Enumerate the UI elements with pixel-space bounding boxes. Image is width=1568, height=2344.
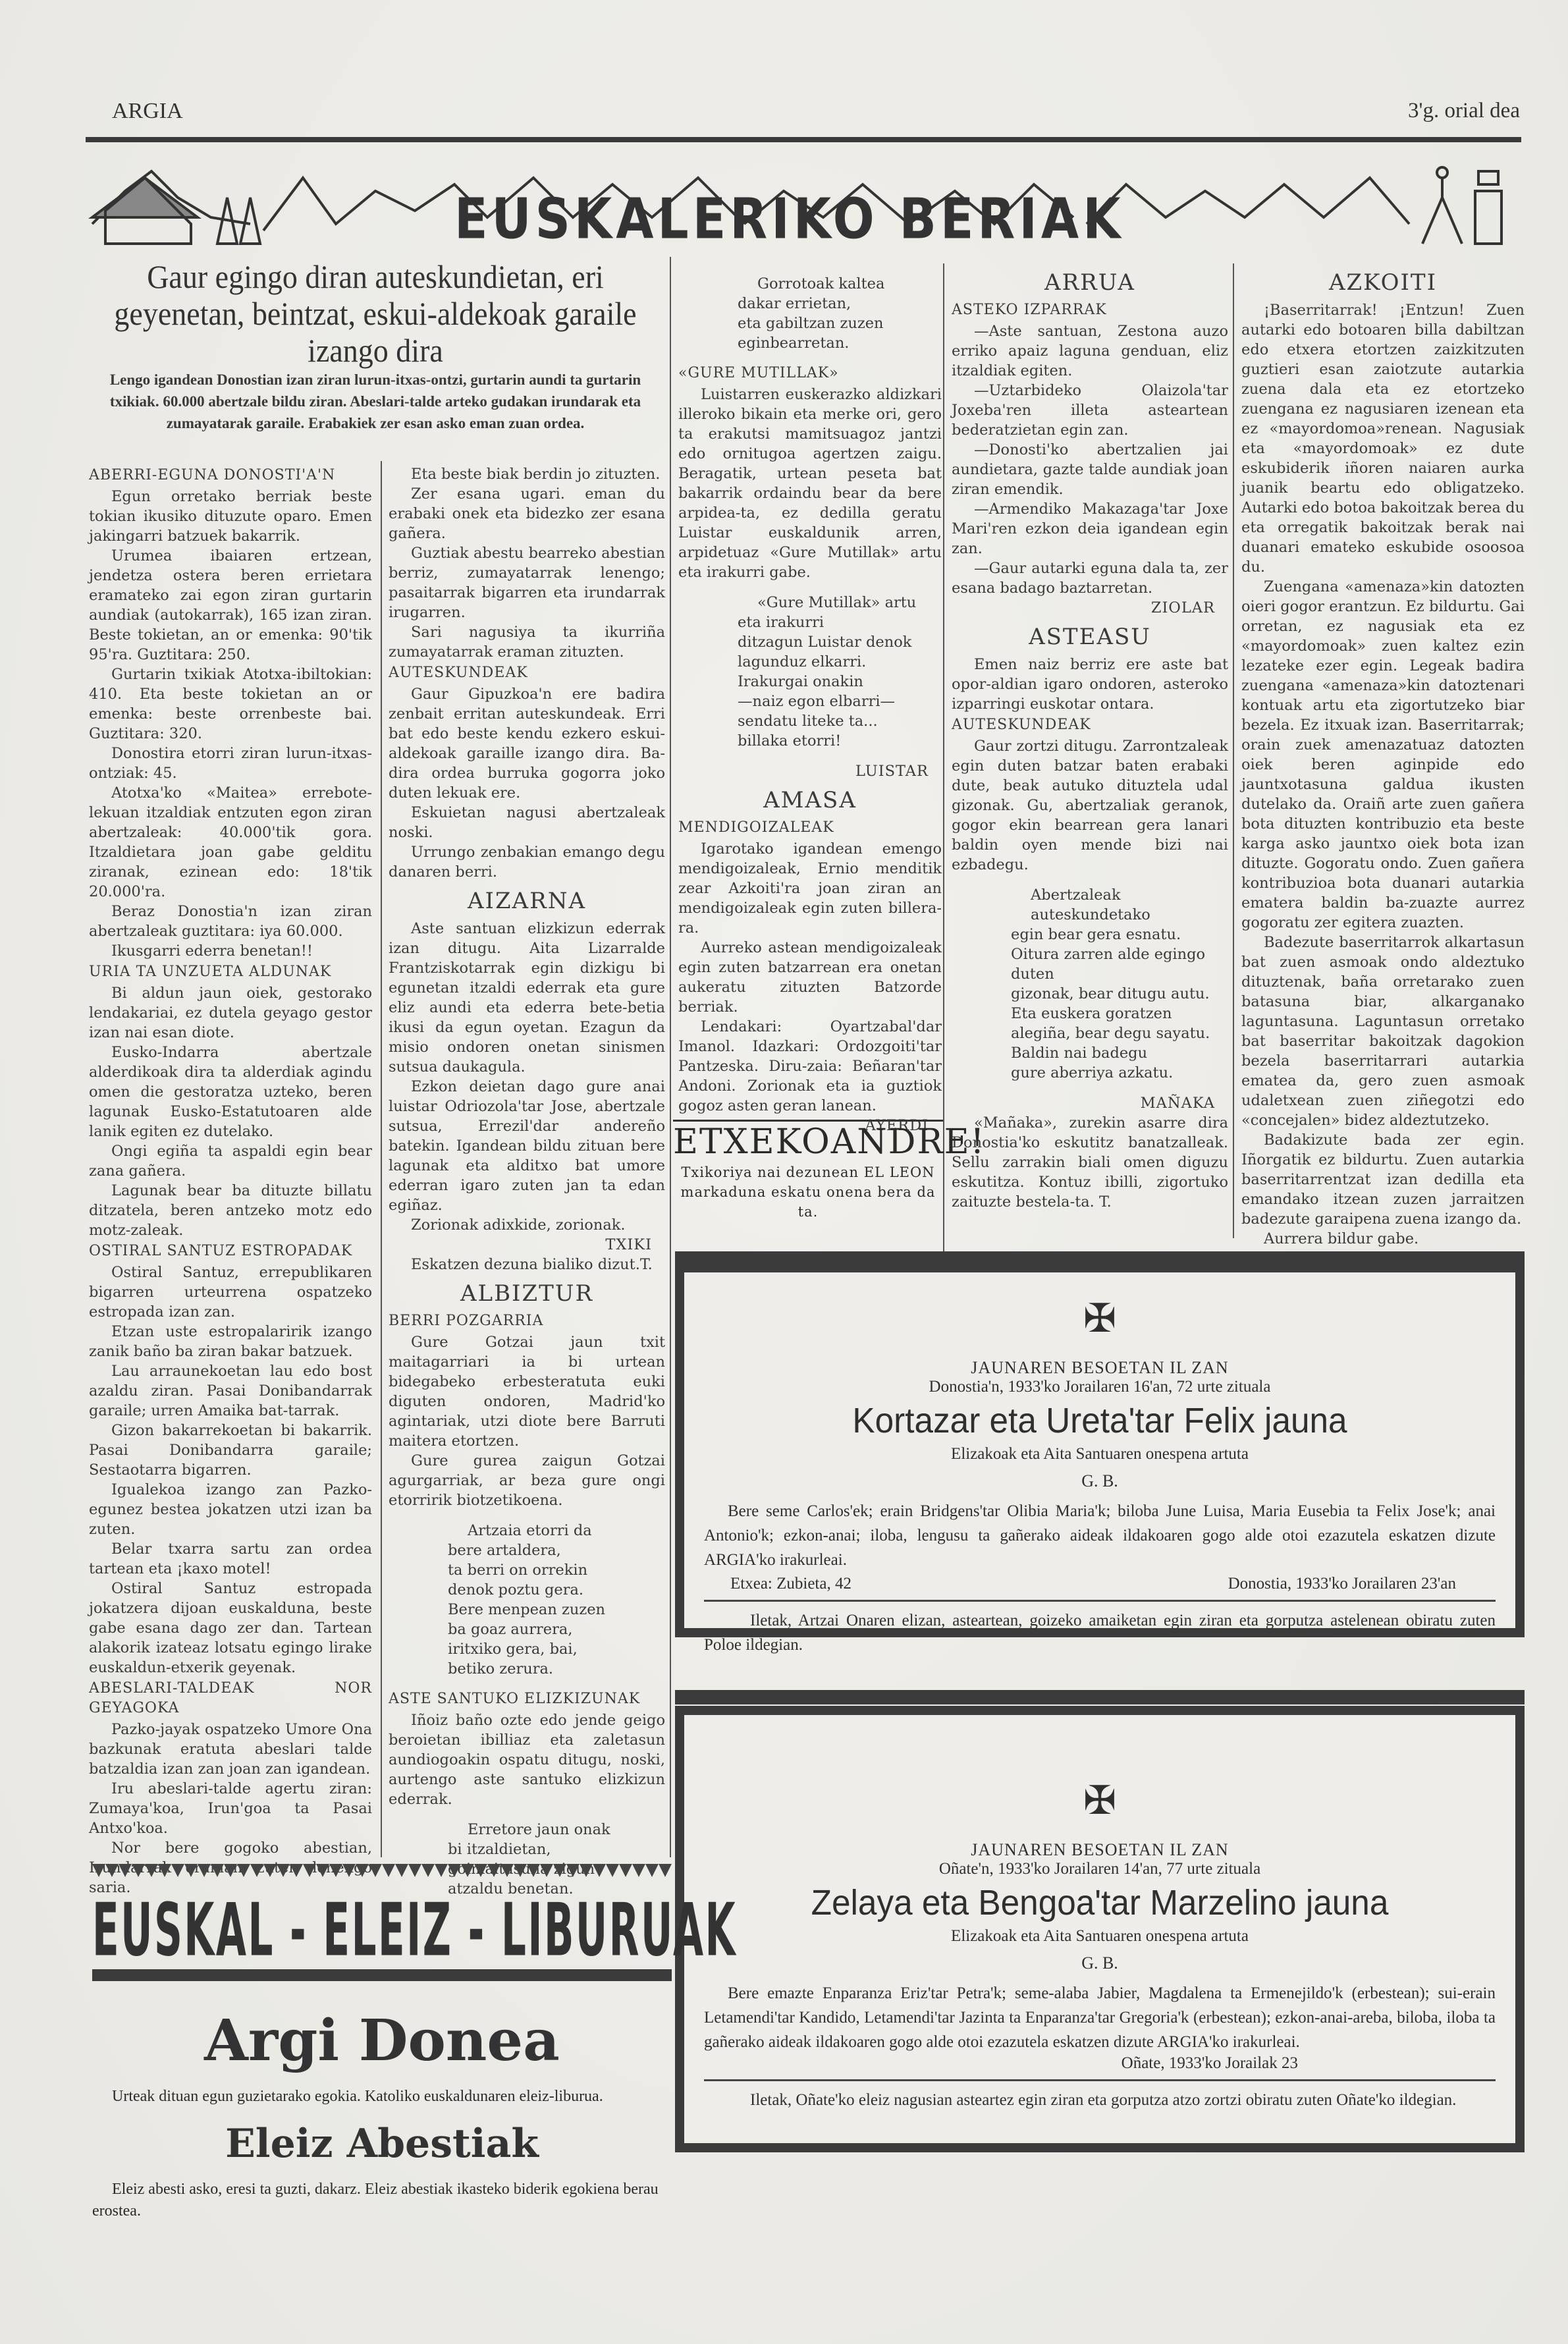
article-paragraph: Lendakari: Oyartzabal'dar Imanol. Idazka…: [678, 1017, 942, 1116]
section-heading: AUTESKUNDEAK: [389, 663, 665, 683]
article-paragraph: Pazko-jayak ospatzeko Umore Ona bazkunak…: [89, 1720, 372, 1779]
article-paragraph: Ostiral Santuz estropada jokatzera dijoa…: [89, 1579, 372, 1677]
article-paragraph: Badezute baserritarrok alkartasun bat zu…: [1241, 933, 1525, 1130]
verse-line: bi itzaldietan,: [448, 1840, 665, 1859]
section-heading: MENDIGOIZALEAK: [678, 818, 942, 838]
section-heading: AUTESKUNDEAK: [952, 715, 1228, 735]
article-paragraph: ¡Baserritarrak! ¡Entzun! Zuen autarki ed…: [1241, 300, 1525, 577]
article-paragraph: Lagunak bear ba dituzte billatu ditzatel…: [89, 1181, 372, 1240]
book-desc-argi-donea: Urteak dituan egun guzietarako egokia. K…: [92, 2086, 672, 2108]
column-5: AZKOITI¡Baserritarrak! ¡Entzun! Zuen aut…: [1241, 263, 1525, 1288]
verse-line: «Gure Mutillak» artu: [738, 593, 942, 613]
banner-title: EUSKALERIKO BERIAK: [454, 187, 1125, 252]
verse-line: egin bear gera esnatu.: [1011, 925, 1228, 944]
verse-line: ta berri on orrekin: [448, 1560, 665, 1580]
obituary-body: Bere emazte Enparanza Eriz'tar Petra'k; …: [684, 1981, 1515, 2054]
column-2: Eta beste biak berdin jo zituzten.Zer es…: [389, 464, 665, 1909]
obituary-name: Zelaya eta Bengoa'tar Marzelino jauna: [705, 1882, 1495, 1923]
article-paragraph: Aste santuan elizkizun ederrak izan ditu…: [389, 919, 665, 1077]
column-4: ARRUAASTEKO IZPARRAK—Aste santuan, Zesto…: [952, 263, 1228, 1212]
article-paragraph: Belar txarra sartu zan ordea tartean eta…: [89, 1539, 372, 1579]
obituary-2: ✠ JAUNAREN BESOETAN IL ZAN Oñate'n, 1933…: [675, 1706, 1525, 2152]
verse-line: Irakurgai onakin: [738, 672, 942, 692]
town-heading: AMASA: [678, 790, 942, 810]
town-heading: ASTEASU: [952, 627, 1228, 647]
article-paragraph: Iñoiz baño ozte edo jende geigo beroieta…: [389, 1710, 665, 1809]
section-heading: «GURE MUTILLAK»: [678, 364, 942, 383]
obituary-funeral: Iletak, Artzai Onaren elizan, asteartean…: [684, 1608, 1515, 1657]
article-paragraph: Ikusgarri ederra benetan!!: [89, 941, 372, 961]
town-heading: ALBIZTUR: [389, 1284, 665, 1303]
section-heading: ASTEKO IZPARRAK: [952, 300, 1228, 320]
verse-line: Eta euskera goratzen: [1011, 1004, 1228, 1023]
zigzag-border-icon: [92, 1864, 672, 1878]
article-paragraph: —Gaur autarki eguna dala ta, zer esana b…: [952, 559, 1228, 598]
article-paragraph: —Donosti'ko abertzalien jai aundietara, …: [952, 440, 1228, 499]
verse-line: Artzaia etorri da: [448, 1521, 665, 1540]
obituary-rule: [704, 2079, 1496, 2081]
article-paragraph: Eskatzen dezuna bialiko dizut.T.: [389, 1255, 665, 1274]
section-heading: ABESLARI-TALDEAK NOR GEYAGOKA: [89, 1679, 372, 1718]
section-heading: ASTE SANTUKO ELIZKIZUNAK: [389, 1689, 665, 1709]
lead-deck: Lengo igandean Donostian izan ziran luru…: [92, 369, 659, 434]
verse-line: eginbearretan.: [738, 333, 942, 353]
author-signature: TXIKI: [389, 1235, 665, 1255]
verse-line: —naiz egon elbarri—: [738, 692, 942, 711]
obituary-1: ✠ JAUNAREN BESOETAN IL ZAN Donostia'n, 1…: [675, 1263, 1525, 1637]
article-paragraph: Iru abeslari-talde agertu ziran: Zumaya'…: [89, 1779, 372, 1838]
article-paragraph: Aurreko astean mendigoizaleak egin zuten…: [678, 938, 942, 1017]
article-paragraph: Ostiral Santuz, errepublikaren bigarren …: [89, 1263, 372, 1322]
column-divider: [381, 461, 382, 1857]
verse-line: dakar errietan,: [738, 294, 942, 313]
header-rule: [86, 137, 1521, 142]
article-paragraph: Lau arraunekoetan lau edo bost azaldu zi…: [89, 1361, 372, 1421]
article-paragraph: Ezkon deietan dago gure anai luistar Odr…: [389, 1077, 665, 1215]
page-label: 3'g. orial dea: [1408, 99, 1520, 123]
article-paragraph: «Mañaka», zurekin asarre dira Donostia'k…: [952, 1113, 1228, 1212]
obituary-date: Donostia, 1933'ko Jorailaren 23'an: [1228, 1575, 1456, 1593]
article-paragraph: Beraz Donostia'n izan ziran abertzaleak …: [89, 902, 372, 941]
verse-line: lagunduz elkarri.: [738, 652, 942, 672]
article-paragraph: Gure Gotzai jaun txit maitagarriari ia b…: [389, 1332, 665, 1451]
column-divider: [670, 257, 671, 1857]
ad-eleiz-liburuak: EUSKAL - ELEIZ - LIBURUAK Argi Donea Urt…: [92, 1864, 672, 2234]
article-paragraph: Guztiak abestu bearreko abestian berriz,…: [389, 543, 665, 622]
obituary-rule: [704, 1600, 1496, 1602]
verse-line: eta irakurri: [738, 613, 942, 632]
article-paragraph: Gaur Gipuzkoa'n ere badira zenbait errit…: [389, 684, 665, 803]
verse-line: eta gabiltzan zuzen: [738, 313, 942, 333]
author-signature: MAÑAKA: [952, 1093, 1228, 1113]
verse-line: betiko zerura.: [448, 1659, 665, 1679]
cross-icon: ✠: [684, 1781, 1515, 1820]
article-paragraph: —Uztarbideko Olaizola'tar Joxeba'ren ill…: [952, 381, 1228, 440]
column-3: Gorrotoak kalteadakar errietan,eta gabil…: [678, 263, 942, 1135]
verse-block: «Gure Mutillak» artueta irakurriditzagun…: [678, 593, 942, 751]
article-paragraph: Bi aldun jaun oiek, gestorako lendakaria…: [89, 983, 372, 1043]
obituary-address: Etxea: Zubieta, 42: [730, 1575, 852, 1593]
town-heading: ARRUA: [952, 273, 1228, 292]
article-paragraph: Igualekoa izango zan Pazko-egunez bestea…: [89, 1480, 372, 1539]
book-desc-eleiz-abestiak: Eleiz abesti asko, eresi ta guzti, dakar…: [92, 2179, 672, 2222]
article-paragraph: Urrungo zenbakian emango degu danaren be…: [389, 842, 665, 882]
article-paragraph: Eta beste biak berdin jo zituzten.: [389, 464, 665, 484]
section-heading: URIA TA UNZUETA ALDUNAK: [89, 962, 372, 982]
obituary-blessing: Elizakoak eta Aita Santuaren onespena ar…: [684, 1927, 1515, 1946]
obituary-body: Bere seme Carlos'ek; erain Bridgens'tar …: [684, 1499, 1515, 1572]
town-heading: AIZARNA: [389, 891, 665, 911]
obituary-heading: JAUNAREN BESOETAN IL ZAN: [684, 1358, 1515, 1378]
article-paragraph: Sari nagusiya ta ikurriña zumayatarrak e…: [389, 622, 665, 662]
article-paragraph: Urumea ibaiaren ertzean, jendetza ostera…: [89, 546, 372, 665]
book-title-eleiz-abestiak: Eleiz Abestiak: [92, 2121, 672, 2167]
obituary-funeral: Iletak, Oñate'ko eleiz nagusian astearte…: [684, 2088, 1515, 2112]
article-paragraph: Aurrera bildur gabe.: [1241, 1229, 1525, 1249]
obituary-date: Oñate, 1933'ko Jorailak 23: [684, 2054, 1515, 2073]
obituary-gb: G. B.: [684, 1953, 1515, 1973]
article-paragraph: Gaur zortzi ditugu. Zarrontzaleak egin d…: [952, 736, 1228, 875]
ad-banner: EUSKAL - ELEIZ - LIBURUAK: [92, 1888, 452, 1971]
article-paragraph: Zorionak adixkide, zorionak.: [389, 1215, 665, 1235]
article-paragraph: Gizon bakarrekoetan bi bakarrik. Pasai D…: [89, 1421, 372, 1480]
article-paragraph: —Aste santuan, Zestona auzo erriko apaiz…: [952, 321, 1228, 381]
obituary-gb: G. B.: [684, 1471, 1515, 1491]
article-paragraph: Gurtarin txikiak Atotxa-ibiltokian: 410.…: [89, 665, 372, 744]
column-divider: [943, 263, 944, 1251]
verse-line: Abertzaleak auteskundetako: [1011, 885, 1228, 925]
verse-line: billaka etorri!: [738, 731, 942, 751]
ad-etxekoandre: ETXEKOANDRE! Txikoriya nai dezunean EL L…: [673, 1120, 943, 1222]
verse-line: sendatu liteke ta...: [738, 711, 942, 731]
article-paragraph: Ongi egiña ta aspaldi egin bear zana gañ…: [89, 1141, 372, 1181]
verse-line: bere artaldera,: [448, 1540, 665, 1560]
article-paragraph: Atotxa'ko «Maitea» errebote-lekuan itzal…: [89, 783, 372, 902]
verse-line: gizonak, bear ditugu autu.: [1011, 984, 1228, 1004]
article-paragraph: Luistarren euskerazko aldizkari illeroko…: [678, 385, 942, 582]
article-paragraph: Donostira etorri ziran lurun-itxas-ontzi…: [89, 744, 372, 783]
section-banner: EUSKALERIKO BERIAK: [86, 151, 1541, 250]
article-paragraph: —Armendiko Makazaga'tar Joxe Mari'ren ez…: [952, 499, 1228, 559]
ad-etxekoandre-title: ETXEKOANDRE!: [673, 1120, 943, 1162]
obituary-place-date: Donostia'n, 1933'ko Jorailaren 16'an, 72…: [684, 1378, 1515, 1396]
column-divider: [1233, 263, 1234, 1238]
verse-line: Oitura zarren alde egingo duten: [1011, 944, 1228, 984]
verse-line: gure aberriya azkatu.: [1011, 1063, 1228, 1083]
book-title-argi-donea: Argi Donea: [92, 2007, 672, 2074]
article-paragraph: Eskuietan nagusi abertzaleak noski.: [389, 803, 665, 842]
ad-etxekoandre-body: Txikoriya nai dezunean EL LEON markaduna…: [673, 1162, 943, 1222]
verse-block: Abertzaleak auteskundetakoegin bear gera…: [952, 885, 1228, 1083]
article-paragraph: Igarotako igandean emengo mendigoizaleak…: [678, 839, 942, 938]
verse-line: alegiña, bear degu sayatu.: [1011, 1023, 1228, 1043]
verse-block: Artzaia etorri dabere artaldera,ta berri…: [389, 1521, 665, 1679]
obituary-heading: JAUNAREN BESOETAN IL ZAN: [684, 1840, 1515, 1860]
verse-line: Erretore jaun onak: [448, 1820, 665, 1840]
obituary-border: [675, 1690, 1525, 1704]
section-heading: BERRI POZGARRIA: [389, 1311, 665, 1331]
section-heading: ABERRI-EGUNA DONOSTI'A'N: [89, 466, 372, 485]
article-paragraph: Etzan uste estropalaririk izango zanik b…: [89, 1322, 372, 1361]
column-1: ABERRI-EGUNA DONOSTI'A'NEgun orretako be…: [89, 464, 372, 1897]
verse-line: Bere menpean zuzen: [448, 1600, 665, 1620]
section-heading: OSTIRAL SANTUZ ESTROPADAK: [89, 1241, 372, 1261]
verse-line: Gorrotoak kaltea: [738, 274, 942, 294]
lead-headline: Gaur egingo diran auteskundietan, eri ge…: [109, 258, 642, 369]
article-paragraph: Emen naiz berriz ere aste bat opor-aldia…: [952, 655, 1228, 714]
verse-line: ba goaz aurrera,: [448, 1620, 665, 1639]
obituary-place-date: Oñate'n, 1933'ko Jorailaren 14'an, 77 ur…: [684, 1860, 1515, 1878]
article-paragraph: Zer esana ugari. eman du erabaki onek et…: [389, 484, 665, 543]
author-signature: ZIOLAR: [952, 598, 1228, 618]
article-paragraph: Badakizute bada zer egin. Iñorgatik ez b…: [1241, 1130, 1525, 1229]
town-heading: AZKOITI: [1241, 273, 1525, 292]
article-paragraph: Zuengana «amenaza»kin datozten oieri gog…: [1241, 577, 1525, 933]
article-paragraph: Egun orretako berriak beste tokian ikusi…: [89, 487, 372, 546]
verse-line: iritxiko gera, bai,: [448, 1639, 665, 1659]
verse-line: Baldin nai badegu: [1011, 1043, 1228, 1063]
verse-block: Gorrotoak kalteadakar errietan,eta gabil…: [678, 274, 942, 353]
author-signature: LUISTAR: [678, 761, 942, 781]
paper-name: ARGIA: [112, 99, 183, 124]
article-paragraph: Eusko-Indarra abertzale alderdikoak dira…: [89, 1043, 372, 1141]
obituary-name: Kortazar eta Ureta'tar Felix jauna: [705, 1400, 1495, 1441]
cross-icon: ✠: [684, 1299, 1515, 1338]
obituary-blessing: Elizakoak eta Aita Santuaren onespena ar…: [684, 1445, 1515, 1463]
article-paragraph: Gure gurea zaigun Gotzai agurgarriak, ar…: [389, 1451, 665, 1510]
verse-line: ditzagun Luistar denok: [738, 632, 942, 652]
verse-line: denok poztu gera.: [448, 1580, 665, 1600]
